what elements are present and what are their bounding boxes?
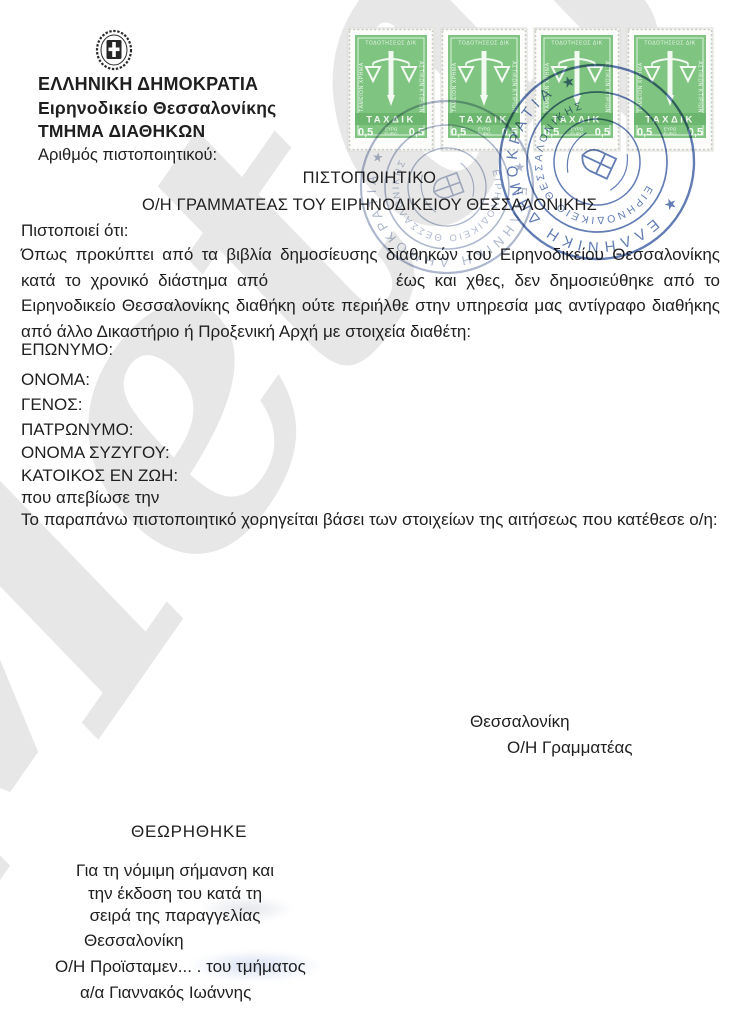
approval-stamp-title: ΘΕΩΡΗΘΗΚΕ bbox=[131, 822, 247, 842]
issuance-statement: Το παραπάνω πιστοποιητικό χορηγείται βάσ… bbox=[21, 510, 718, 530]
field-label-spouse-name: ΟΝΟΜΑ ΣΥΖΥΓΟΥ: bbox=[21, 443, 170, 463]
stamp-border-right: ΑΣΤΙΚΩΝ ΚΤΙΡΙΩΝ bbox=[604, 61, 610, 113]
stamp-value-right: 0,5 bbox=[502, 127, 517, 139]
stamp-value-left: 0,5 bbox=[358, 127, 373, 139]
stamp-currency-latin: EURO bbox=[570, 132, 584, 137]
signature-city: Θεσσαλονίκη bbox=[470, 712, 570, 732]
field-label-patronymic: ΠΑΤΡΩΝΥΜΟ: bbox=[21, 420, 134, 440]
stamp-border-right: ΑΣΤΙΚΩΝ ΚΤΙΡΙΩΝ bbox=[418, 61, 424, 113]
stamp-border-left: ΤΑΜΕΙΟΝ ΧΡΗΜΑ bbox=[638, 62, 644, 111]
field-label-residence: ΚΑΤΟΙΚΟΣ ΕΝ ΖΩΗ: bbox=[21, 466, 178, 486]
approval-reason: Για τη νόμιμη σήμανση και την έκδοση του… bbox=[50, 860, 300, 928]
stamp-value-right: 0,5 bbox=[409, 127, 424, 139]
stamp-currency-latin: EURO bbox=[477, 132, 491, 137]
field-label-surname: ΕΠΩΝΥΜΟ: bbox=[21, 340, 113, 360]
certificate-body-paragraph: Όπως προκύπτει από τα βιβλία δημοσίευσης… bbox=[21, 242, 720, 344]
approval-signer: α/α Γιαννακός Ιωάννης bbox=[80, 983, 251, 1003]
stamp-agency: ΤΑΧΔΙΚ bbox=[459, 115, 509, 126]
stamp-currency-latin: EURO bbox=[663, 132, 677, 137]
approval-city: Θεσσαλονίκη bbox=[84, 931, 184, 951]
header-country: ΕΛΛΗΝΙΚΗ ΔΗΜΟΚΡΑΤΙΑ bbox=[38, 74, 258, 95]
certifies-label: Πιστοποιεί ότι: bbox=[21, 221, 128, 241]
stamp-border-right: ΑΣΤΙΚΩΝ ΚΤΙΡΙΩΝ bbox=[697, 61, 703, 113]
tax-stamp: ΤΟΔΟΤΗΣΕΩΣ ΔΙΚ ΤΑΜΕΙΟΝ ΧΡΗΜΑ ΑΣΤΙΚΩΝ ΚΤΙ… bbox=[626, 27, 714, 152]
approval-reason-line3: σειρά της παραγγελίας bbox=[50, 905, 300, 928]
stamp-border-left: ΤΑΜΕΙΟΝ ΧΡΗΜΑ bbox=[359, 62, 365, 111]
certificate-number-label: Αριθμός πιστοποιητικού: bbox=[38, 146, 217, 165]
stamp-border-right: ΑΣΤΙΚΩΝ ΚΤΙΡΙΩΝ bbox=[511, 61, 517, 113]
field-label-firstname: ΟΝΟΜΑ: bbox=[21, 370, 90, 390]
header-department: ΤΜΗΜΑ ΔΙΑΘΗΚΩΝ bbox=[38, 121, 205, 142]
stamp-border-top: ΤΟΔΟΤΗΣΕΩΣ ΔΙΚ bbox=[458, 41, 509, 47]
stamp-value-right: 0,5 bbox=[595, 127, 610, 139]
stamp-value-left: 0,5 bbox=[544, 127, 559, 139]
stamp-value-right: 0,5 bbox=[688, 127, 703, 139]
stamp-border-left: ΤΑΜΕΙΟΝ ΧΡΗΜΑ bbox=[545, 62, 551, 111]
tax-stamp: ΤΟΔΟΤΗΣΕΩΣ ΔΙΚ ΤΑΜΕΙΟΝ ΧΡΗΜΑ ΑΣΤΙΚΩΝ ΚΤΙ… bbox=[533, 27, 621, 152]
approval-reason-line2: την έκδοση του κατά τη bbox=[50, 883, 300, 906]
approval-reason-line1: Για τη νόμιμη σήμανση και bbox=[50, 860, 300, 883]
approval-role: Ο/Η Προϊσταμεν... . του τμήματος bbox=[55, 957, 306, 977]
tax-stamp: ΤΟΔΟΤΗΣΕΩΣ ΔΙΚ ΤΑΜΕΙΟΝ ΧΡΗΜΑ ΑΣΤΙΚΩΝ ΚΤΙ… bbox=[347, 27, 435, 152]
stamp-agency: ΤΑΧΔΙΚ bbox=[366, 115, 416, 126]
signature-role: Ο/Η Γραμματέας bbox=[507, 738, 633, 758]
stamp-agency: ΤΑΧΔΙΚ bbox=[645, 115, 695, 126]
certificate-document: Metafra ΕΛΛΗΝΙΚΗ ΔΗΜΟΚΡΑΤΙΑ Ειρηνοδικείο… bbox=[0, 0, 739, 1024]
stamp-border-top: ΤΟΔΟΤΗΣΕΩΣ ΔΙΚ bbox=[551, 41, 602, 47]
greek-national-emblem-icon bbox=[91, 26, 137, 74]
stamp-currency-latin: EURO bbox=[384, 132, 398, 137]
tax-stamps-row: ΤΟΔΟΤΗΣΕΩΣ ΔΙΚ ΤΑΜΕΙΟΝ ΧΡΗΜΑ ΑΣΤΙΚΩΝ ΚΤΙ… bbox=[347, 27, 714, 152]
stamp-border-top: ΤΟΔΟΤΗΣΕΩΣ ΔΙΚ bbox=[644, 41, 695, 47]
deceased-date-line: που απεβίωσε την bbox=[21, 488, 159, 508]
stamp-border-top: ΤΟΔΟΤΗΣΕΩΣ ΔΙΚ bbox=[365, 41, 416, 47]
stamp-border-left: ΤΑΜΕΙΟΝ ΧΡΗΜΑ bbox=[452, 62, 458, 111]
stamp-value-left: 0,5 bbox=[637, 127, 652, 139]
stamp-value-left: 0,5 bbox=[451, 127, 466, 139]
tax-stamp: ΤΟΔΟΤΗΣΕΩΣ ΔΙΚ ΤΑΜΕΙΟΝ ΧΡΗΜΑ ΑΣΤΙΚΩΝ ΚΤΙ… bbox=[440, 27, 528, 152]
stamp-agency: ΤΑΧΔΙΚ bbox=[552, 115, 602, 126]
field-label-maiden-name: ΓΕΝΟΣ: bbox=[21, 395, 82, 415]
certificate-subtitle: Ο/Η ΓΡΑΜΜΑΤΕΑΣ ΤΟΥ ΕΙΡΗΝΟΔΙΚΕΙΟΥ ΘΕΣΣΑΛΟ… bbox=[0, 196, 739, 215]
header-court: Ειρηνοδικείο Θεσσαλονίκης bbox=[38, 98, 276, 119]
certificate-title: ΠΙΣΤΟΠΟΙΗΤΙΚΟ bbox=[0, 169, 739, 188]
